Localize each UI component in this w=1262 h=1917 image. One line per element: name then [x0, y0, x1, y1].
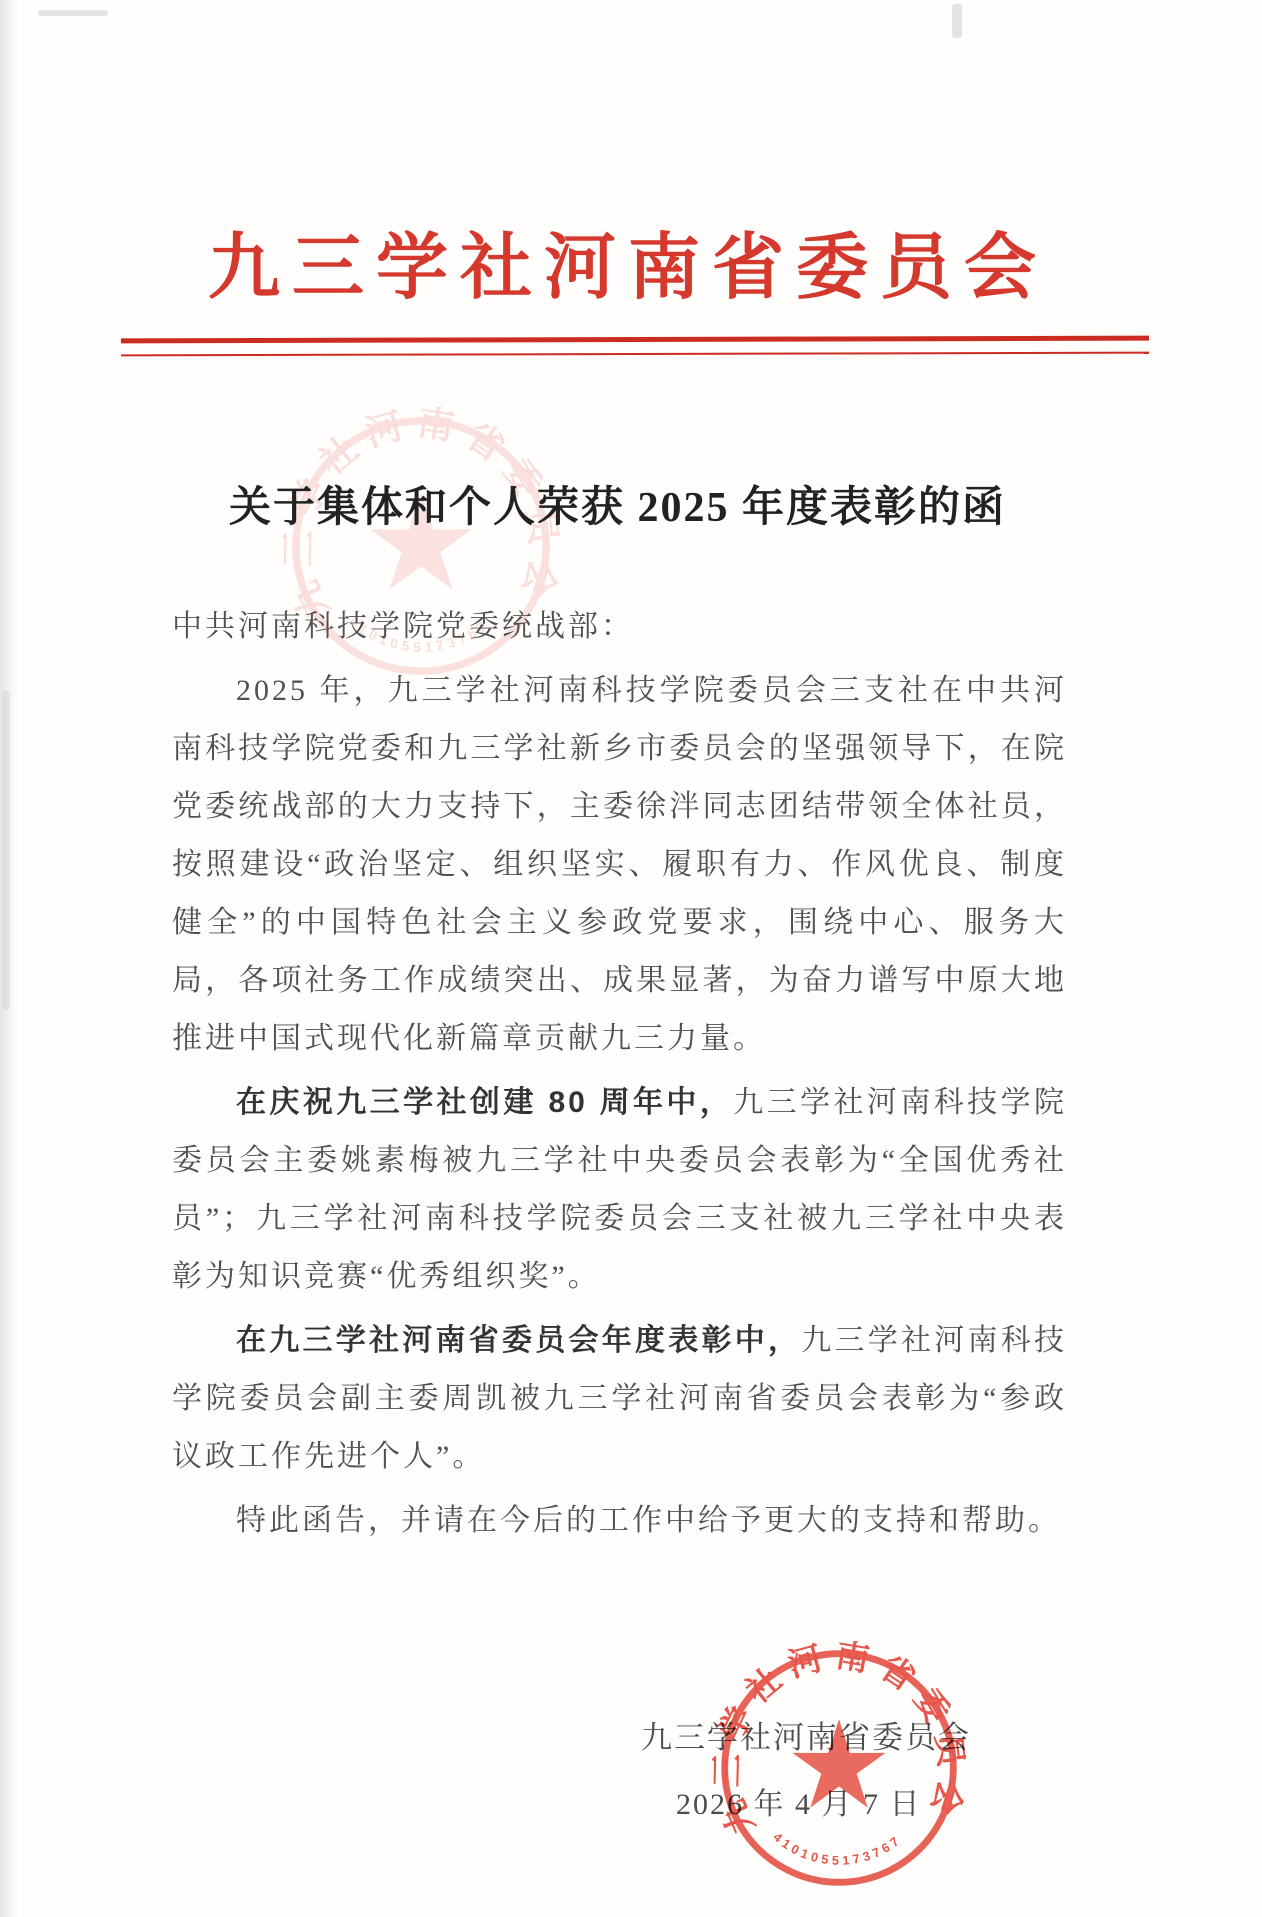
document-body: 中共河南科技学院党委统战部： 2025 年，九三学社河南科技学院委员会三支社在中…	[172, 598, 1067, 1550]
letterhead-org-name: 九三学社河南省委员会	[208, 232, 1048, 304]
signature-date: 2026 年 4 月 7 日	[676, 1779, 922, 1823]
scan-artifact	[38, 10, 108, 16]
paragraph-bold-lead: 在九三学社河南省委员会年度表彰中，	[236, 1324, 801, 1357]
body-paragraphs: 2025 年，九三学社河南科技学院委员会三支社在中共河南科技学院党委和九三学社新…	[172, 662, 1067, 1550]
official-seal-stamp-icon: 九三学社河南省委员会4101055173767	[712, 1641, 966, 1895]
scan-artifact	[952, 4, 962, 38]
document-title: 关于集体和个人荣获 2025 年度表彰的函	[229, 484, 1006, 532]
svg-text:4101055173767: 4101055173767	[770, 1830, 904, 1868]
salutation: 中共河南科技学院党委统战部：	[172, 598, 1067, 656]
body-paragraph: 在九三学社河南省委员会年度表彰中，九三学社河南科技学院委员会副主委周凯被九三学社…	[172, 1312, 1067, 1486]
body-paragraph: 特此函告，并请在今后的工作中给予更大的支持和帮助。	[172, 1492, 1067, 1550]
paragraph-bold-lead: 在庆祝九三学社创建 80 周年中，	[236, 1086, 733, 1119]
signature-org-name: 九三学社河南省委员会	[641, 1712, 971, 1757]
scan-artifact	[2, 690, 10, 1010]
body-paragraph: 2025 年，九三学社河南科技学院委员会三支社在中共河南科技学院党委和九三学社新…	[172, 662, 1067, 1068]
body-paragraph: 在庆祝九三学社创建 80 周年中，九三学社河南科技学院委员会主委姚素梅被九三学社…	[172, 1074, 1067, 1306]
letterhead-rule	[121, 336, 1149, 357]
scanned-letter-page: 九三学社河南省委员会4101055173767 九三学社河南省委员会 关于集体和…	[0, 0, 1262, 1917]
